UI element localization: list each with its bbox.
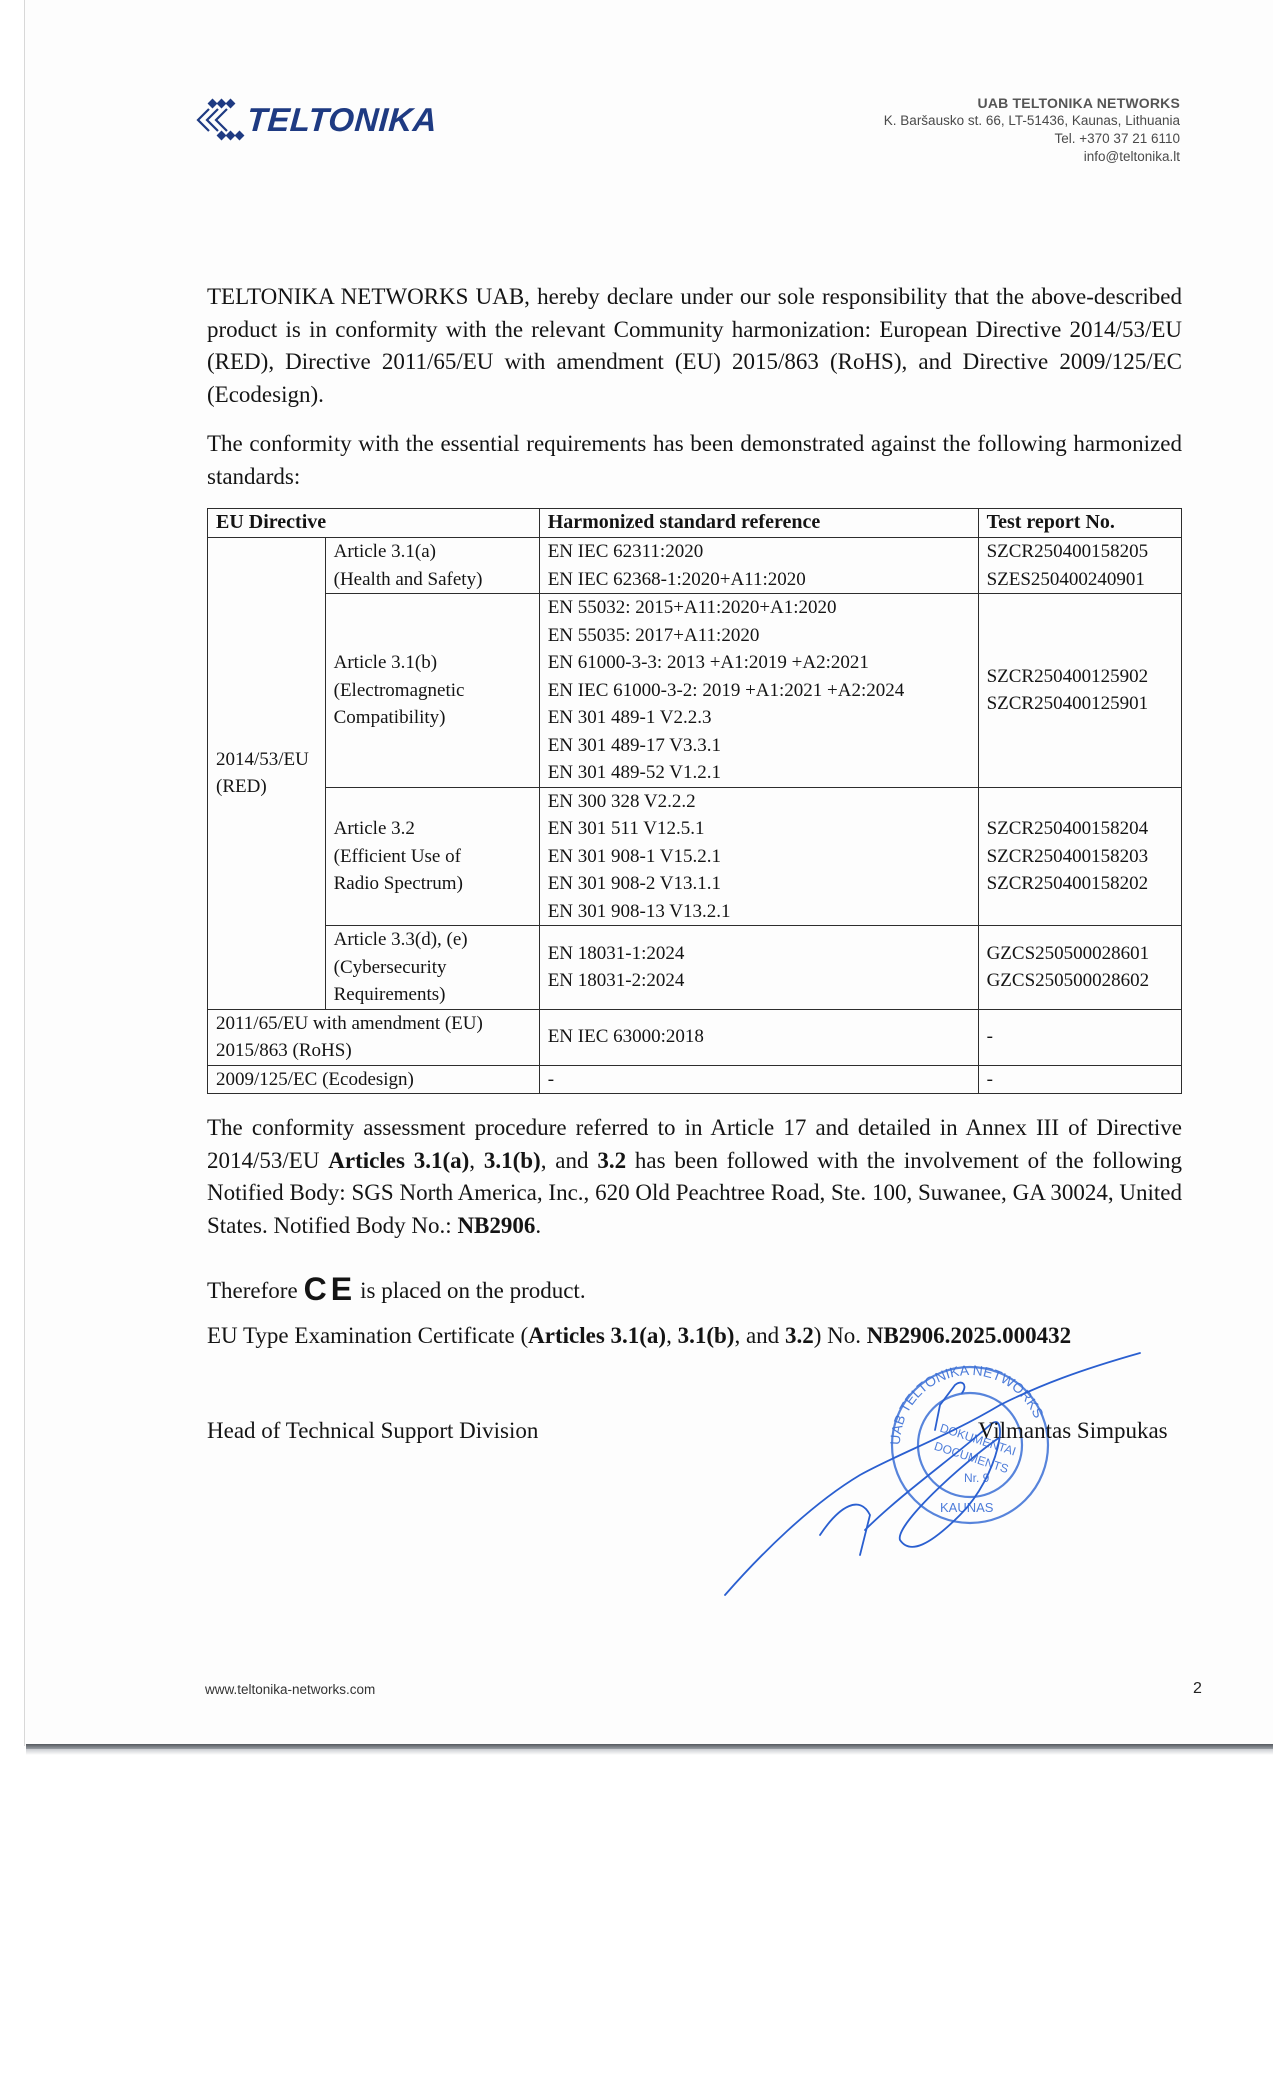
- article-line: Radio Spectrum): [334, 870, 531, 898]
- article-line: Compatibility): [334, 704, 531, 732]
- signer-role: Head of Technical Support Division: [207, 1418, 538, 1444]
- standard-line: EN 55032: 2015+A11:2020+A1:2020: [548, 594, 970, 622]
- table-row: 2014/53/EU (RED) Article 3.1(a)(Health a…: [208, 538, 1182, 594]
- article-line: (Cybersecurity: [334, 954, 531, 982]
- header-test-report: Test report No.: [978, 509, 1181, 538]
- report-cell: GZCS250500028601GZCS250500028602: [978, 926, 1181, 1010]
- standard-line: EN 301 908-13 V13.2.1: [548, 898, 970, 926]
- rohs-directive-cell: 2011/65/EU with amendment (EU) 2015/863 …: [208, 1009, 540, 1065]
- standard-line: EN 301 489-17 V3.3.1: [548, 732, 970, 760]
- assessment-paragraph: The conformity assessment procedure refe…: [207, 1112, 1182, 1242]
- article-line: (Efficient Use of: [334, 843, 531, 871]
- rohs-directive-line: 2015/863 (RoHS): [216, 1037, 531, 1065]
- page-edge-shadow-soft: [26, 1749, 1273, 1755]
- standard-line: EN IEC 62368-1:2020+A11:2020: [548, 566, 970, 594]
- header-eu-directive: EU Directive: [208, 509, 540, 538]
- red-directive-code: 2014/53/EU: [216, 746, 317, 774]
- standard-line: EN 61000-3-3: 2013 +A1:2019 +A2:2021: [548, 649, 970, 677]
- ecodesign-directive-cell: 2009/125/EC (Ecodesign): [208, 1065, 540, 1094]
- standard-cell: EN 300 328 V2.2.2EN 301 511 V12.5.1EN 30…: [539, 787, 978, 926]
- ce-mark-icon: CE: [304, 1271, 356, 1307]
- standard-line: EN 301 511 V12.5.1: [548, 815, 970, 843]
- company-address: K. Baršausko st. 66, LT-51436, Kaunas, L…: [884, 112, 1180, 130]
- standard-line: EN 18031-2:2024: [548, 967, 970, 995]
- article-cell: Article 3.1(a)(Health and Safety): [325, 538, 539, 594]
- certificate-article: Articles 3.1(a): [528, 1323, 666, 1348]
- table-row-rohs: 2011/65/EU with amendment (EU) 2015/863 …: [208, 1009, 1182, 1065]
- handwritten-signature: [700, 1345, 1150, 1605]
- rohs-standard-cell: EN IEC 63000:2018: [539, 1009, 978, 1065]
- header-harmonized-standard: Harmonized standard reference: [539, 509, 978, 538]
- table-row: Article 3.3(d), (e)(CybersecurityRequire…: [208, 926, 1182, 1010]
- certificate-text: ,: [666, 1323, 678, 1348]
- rohs-report-cell: -: [978, 1009, 1181, 1065]
- article-line: Article 3.2: [334, 815, 531, 843]
- report-line: SZCR250400158203: [987, 843, 1173, 871]
- table-row-ecodesign: 2009/125/EC (Ecodesign) - -: [208, 1065, 1182, 1094]
- notified-body-number: NB2906: [457, 1213, 535, 1238]
- article-line: Article 3.1(a): [334, 538, 531, 566]
- article-line: (Health and Safety): [334, 566, 531, 594]
- report-line: GZCS250500028601: [987, 940, 1173, 968]
- teltonika-logo: TELTONIKA: [193, 98, 437, 142]
- signer-name: Vilmantas Simpukas: [978, 1418, 1168, 1444]
- report-line: SZCR250400158204: [987, 815, 1173, 843]
- article-line: Article 3.1(b): [334, 649, 531, 677]
- company-email: info@teltonika.lt: [884, 148, 1180, 166]
- standard-cell: EN IEC 62311:2020EN IEC 62368-1:2020+A11…: [539, 538, 978, 594]
- assessment-article: 3.1(b): [484, 1148, 541, 1173]
- report-line: GZCS250500028602: [987, 967, 1173, 995]
- standards-intro-paragraph: The conformity with the essential requir…: [207, 428, 1182, 493]
- declaration-paragraph: TELTONIKA NETWORKS UAB, hereby declare u…: [207, 281, 1182, 411]
- ce-statement: ThereforeCEis placed on the product.: [207, 1273, 1182, 1308]
- teltonika-chevron-icon: [193, 98, 245, 142]
- ecodesign-standard-cell: -: [539, 1065, 978, 1094]
- ce-statement-text: Therefore: [207, 1278, 298, 1303]
- article-line: (Electromagnetic: [334, 677, 531, 705]
- standard-line: EN 18031-1:2024: [548, 940, 970, 968]
- standard-line: EN 301 908-1 V15.2.1: [548, 843, 970, 871]
- standard-line: EN 55035: 2017+A11:2020: [548, 622, 970, 650]
- page-number: 2: [1193, 1680, 1202, 1698]
- article-line: Requirements): [334, 981, 531, 1009]
- standard-cell: EN 55032: 2015+A11:2020+A1:2020EN 55035:…: [539, 594, 978, 788]
- harmonized-standards-table: EU Directive Harmonized standard referen…: [207, 508, 1182, 1094]
- report-line: SZCR250400125902: [987, 663, 1173, 691]
- standard-cell: EN 18031-1:2024EN 18031-2:2024: [539, 926, 978, 1010]
- standard-line: EN IEC 61000-3-2: 2019 +A1:2021 +A2:2024: [548, 677, 970, 705]
- article-cell: Article 3.1(b)(ElectromagneticCompatibil…: [325, 594, 539, 788]
- article-cell: Article 3.3(d), (e)(CybersecurityRequire…: [325, 926, 539, 1010]
- assessment-text: .: [535, 1213, 541, 1238]
- red-directive-cell: 2014/53/EU (RED): [208, 538, 326, 1010]
- standard-line: EN 301 489-52 V1.2.1: [548, 759, 970, 787]
- assessment-text: , and: [541, 1148, 598, 1173]
- assessment-text: ,: [469, 1148, 484, 1173]
- company-contact-block: UAB TELTONIKA NETWORKS K. Baršausko st. …: [884, 94, 1180, 166]
- assessment-article: Articles 3.1(a): [328, 1148, 469, 1173]
- table-row: Article 3.2(Efficient Use ofRadio Spectr…: [208, 787, 1182, 926]
- report-line: SZES250400240901: [987, 566, 1173, 594]
- report-line: SZCR250400158202: [987, 870, 1173, 898]
- company-name: UAB TELTONIKA NETWORKS: [884, 94, 1180, 112]
- standard-line: EN 301 908-2 V13.1.1: [548, 870, 970, 898]
- article-cell: Article 3.2(Efficient Use ofRadio Spectr…: [325, 787, 539, 926]
- assessment-article: 3.2: [597, 1148, 626, 1173]
- report-line: SZCR250400158205: [987, 538, 1173, 566]
- company-phone: Tel. +370 37 21 6110: [884, 130, 1180, 148]
- footer-website-link[interactable]: www.teltonika-networks.com: [205, 1682, 375, 1697]
- ecodesign-report-cell: -: [978, 1065, 1181, 1094]
- logo-wordmark: TELTONIKA: [246, 101, 439, 139]
- certificate-text: EU Type Examination Certificate (: [207, 1323, 528, 1348]
- report-cell: SZCR250400158204SZCR250400158203SZCR2504…: [978, 787, 1181, 926]
- ce-statement-text: is placed on the product.: [360, 1278, 585, 1303]
- report-cell: SZCR250400158205SZES250400240901: [978, 538, 1181, 594]
- report-cell: SZCR250400125902SZCR250400125901: [978, 594, 1181, 788]
- report-line: SZCR250400125901: [987, 690, 1173, 718]
- rohs-directive-line: 2011/65/EU with amendment (EU): [216, 1010, 531, 1038]
- article-line: Article 3.3(d), (e): [334, 926, 531, 954]
- table-header-row: EU Directive Harmonized standard referen…: [208, 509, 1182, 538]
- standard-line: EN IEC 62311:2020: [548, 538, 970, 566]
- table-row: Article 3.1(b)(ElectromagneticCompatibil…: [208, 594, 1182, 788]
- red-directive-label: (RED): [216, 773, 317, 801]
- standard-line: EN 301 489-1 V2.2.3: [548, 704, 970, 732]
- standard-line: EN 300 328 V2.2.2: [548, 788, 970, 816]
